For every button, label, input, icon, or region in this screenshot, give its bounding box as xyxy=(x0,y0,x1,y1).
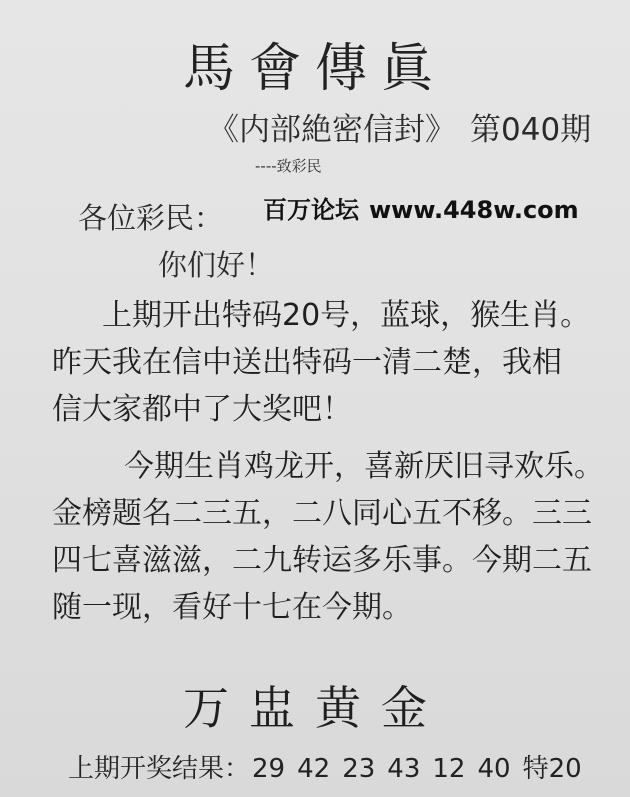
paragraph-last-result: 上期开出特码20号，蓝球，猴生肖。 昨天我在信中送出特码一清二楚，我相 信大家都… xyxy=(52,292,582,433)
salutation: 各位彩民： xyxy=(78,196,223,237)
paragraph-line: 上期开出特码20号，蓝球，猴生肖。 xyxy=(52,292,582,339)
result-number: 29 xyxy=(252,754,285,784)
greeting: 你们好！ xyxy=(158,243,274,284)
paragraph-line: 金榜题名二三五，二八同心五不移。三三 xyxy=(52,490,582,537)
result-number: 42 xyxy=(297,754,330,784)
result-number: 40 xyxy=(477,754,510,784)
paragraph-line: 四七喜滋滋，二九转运多乐事。今期二五 xyxy=(52,537,582,584)
watermark-site-name: 百万论坛 xyxy=(263,196,359,224)
result-number: 12 xyxy=(432,754,465,784)
results-label: 上期开奖结果： xyxy=(68,754,250,784)
special-number: 20 xyxy=(549,754,582,784)
issue-number: 第040期 xyxy=(470,112,591,148)
paragraph-line: 昨天我在信中送出特码一清二楚，我相 xyxy=(52,339,582,386)
special-label: 特 xyxy=(523,754,549,784)
paragraph-prediction: 今期生肖鸡龙开，喜新厌旧寻欢乐。 金榜题名二三五，二八同心五不移。三三 四七喜滋… xyxy=(52,443,582,631)
result-number: 23 xyxy=(342,754,375,784)
subtitle-line: 《内部絶密信封》第040期 xyxy=(208,104,591,149)
paragraph-line: 随一现，看好十七在今期。 xyxy=(52,584,582,631)
watermark-url[interactable]: www.448w.com xyxy=(369,196,579,224)
subtitle-confidential: 《内部絶密信封》 xyxy=(208,112,456,148)
brand-name: 万盅黄金 xyxy=(0,672,630,738)
dedication: ----致彩民 xyxy=(255,155,322,176)
page-title: 馬會傳眞 xyxy=(0,26,630,101)
watermark: 百万论坛www.448w.com xyxy=(263,190,579,225)
last-draw-results: 上期开奖结果：294223431240特20 xyxy=(68,748,582,785)
result-number: 43 xyxy=(387,754,420,784)
paragraph-line: 信大家都中了大奖吧！ xyxy=(52,386,582,433)
paragraph-line: 今期生肖鸡龙开，喜新厌旧寻欢乐。 xyxy=(52,443,582,490)
